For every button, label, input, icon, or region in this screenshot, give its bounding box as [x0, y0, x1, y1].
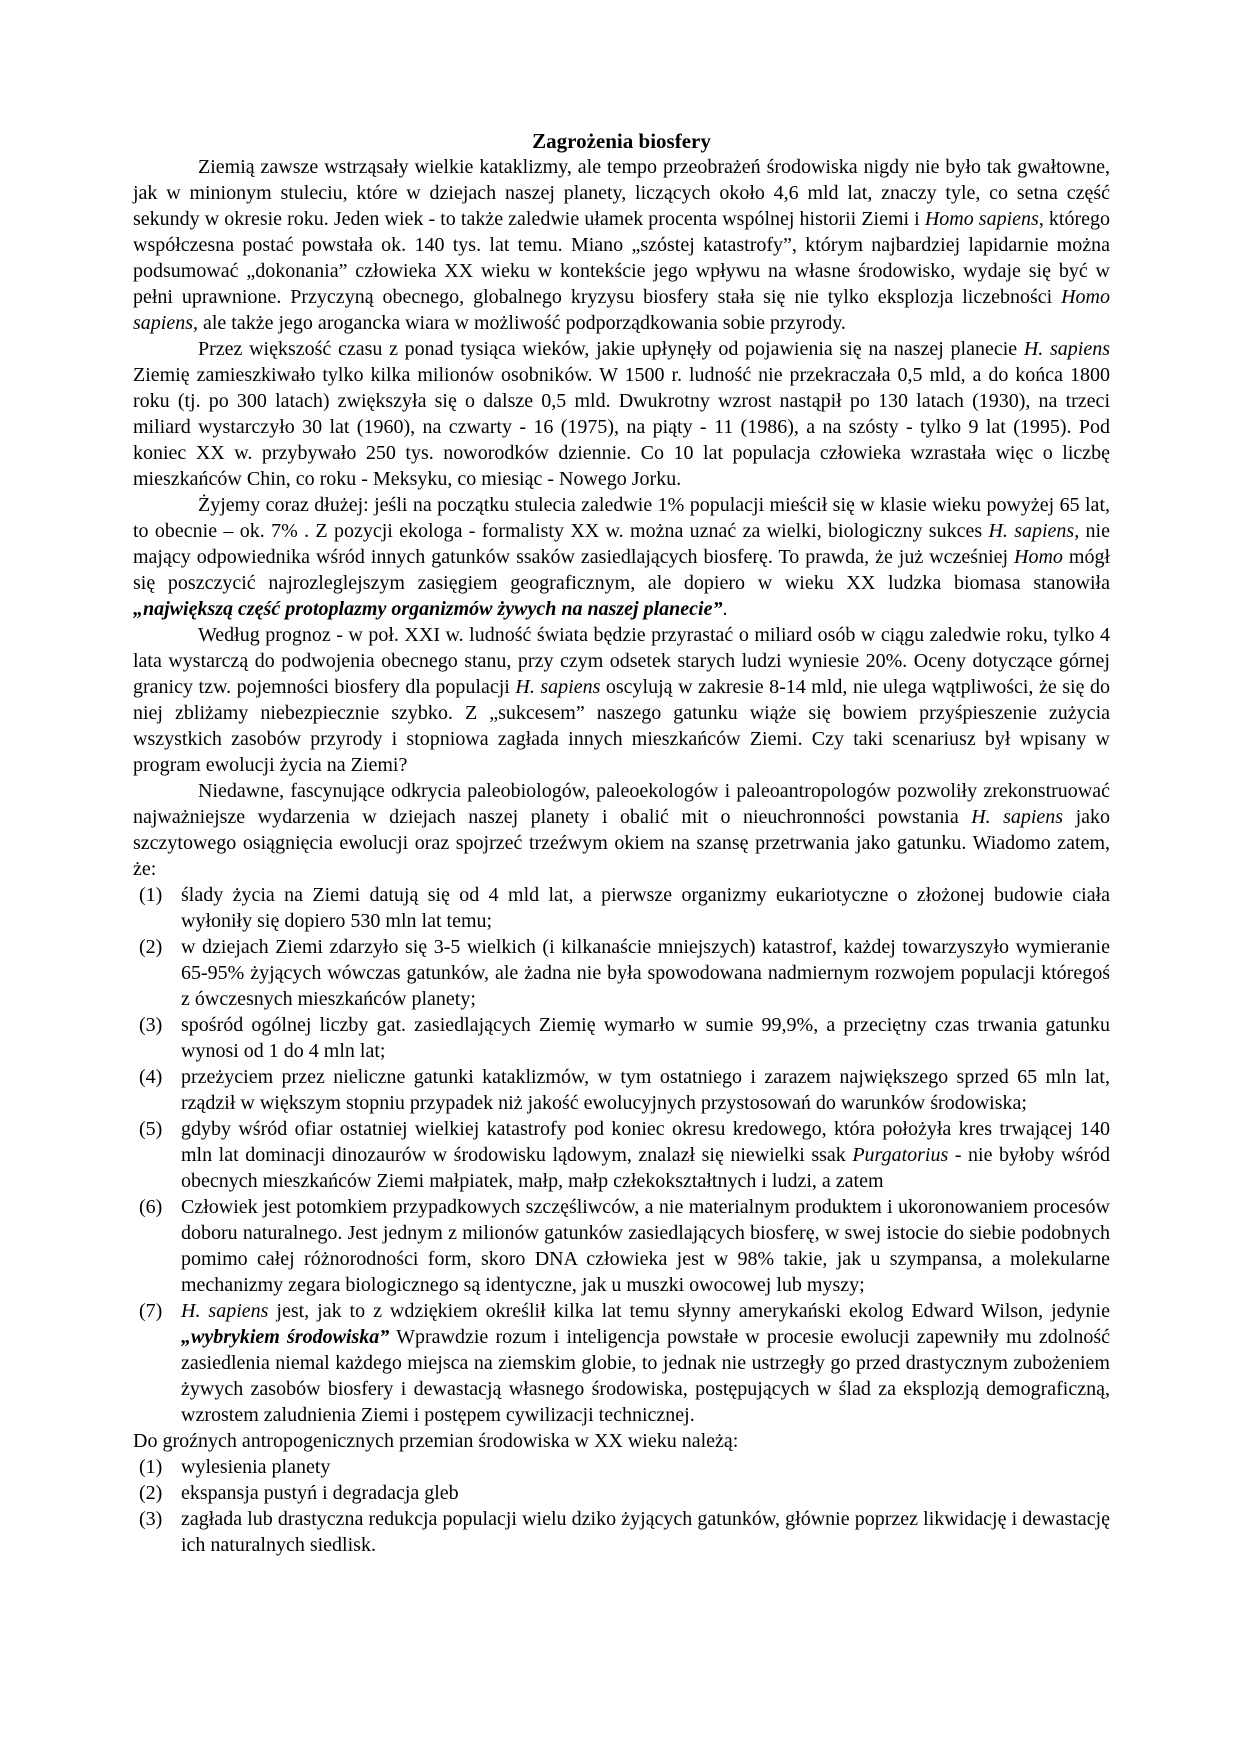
- list-item-marker: (3): [139, 1012, 162, 1038]
- list-item: (2)w dziejach Ziemi zdarzyło się 3-5 wie…: [133, 934, 1110, 1012]
- list-item: (6)Człowiek jest potomkiem przypadkowych…: [133, 1194, 1110, 1298]
- text-segment: Do groźnych antropogenicznych przemian ś…: [133, 1430, 738, 1452]
- list-item-marker: (2): [139, 1480, 162, 1506]
- text-segment: „największą część protoplazmy organizmów…: [133, 598, 722, 620]
- list-item: (1)wylesienia planety: [133, 1454, 1110, 1480]
- text-segment: H. sapiens,: [988, 520, 1079, 542]
- paragraph: Według prognoz - w poł. XXI w. ludność ś…: [133, 622, 1110, 778]
- list-item-marker: (2): [139, 934, 162, 960]
- list-item-marker: (7): [139, 1298, 162, 1324]
- paragraph: Przez większość czasu z ponad tysiąca wi…: [133, 336, 1110, 492]
- list-item: (7)H. sapiens jest, jak to z wdziękiem o…: [133, 1298, 1110, 1428]
- text-segment: Przez większość czasu z ponad tysiąca wi…: [198, 338, 1024, 360]
- list-item-marker: (3): [139, 1506, 162, 1532]
- text-segment: H. sapiens: [971, 806, 1063, 828]
- text-segment: jest, jak to z wdziękiem określił kilka …: [268, 1300, 1110, 1322]
- list-item-marker: (1): [139, 1454, 162, 1480]
- text-segment: Homo sapiens: [925, 208, 1039, 230]
- text-segment: Niedawne, fascynujące odkrycia paleobiol…: [133, 780, 1110, 828]
- paragraph: Ziemią zawsze wstrząsały wielkie katakli…: [133, 154, 1110, 336]
- document-page: Zagrożenia biosfery Ziemią zawsze wstrzą…: [0, 0, 1240, 1754]
- list-item-marker: (6): [139, 1194, 162, 1220]
- text-segment: ślady życia na Ziemi datują się od 4 mld…: [181, 884, 1110, 932]
- text-segment: spośród ogólnej liczby gat. zasiedlający…: [181, 1014, 1110, 1062]
- text-segment: H. sapiens: [1024, 338, 1110, 360]
- text-segment: H. sapiens: [515, 676, 600, 698]
- text-segment: Purgatorius: [852, 1144, 948, 1166]
- document-body: Ziemią zawsze wstrząsały wielkie katakli…: [133, 154, 1110, 1558]
- list-item: (4)przeżyciem przez nieliczne gatunki ka…: [133, 1064, 1110, 1116]
- list-item: (3)zagłada lub drastyczna redukcja popul…: [133, 1506, 1110, 1558]
- text-segment: przeżyciem przez nieliczne gatunki katak…: [181, 1066, 1110, 1114]
- list-item: (1)ślady życia na Ziemi datują się od 4 …: [133, 882, 1110, 934]
- text-segment: Ziemię zamieszkiwało tylko kilka milionó…: [133, 364, 1110, 490]
- text-segment: Człowiek jest potomkiem przypadkowych sz…: [181, 1196, 1110, 1296]
- text-segment: .: [722, 598, 727, 620]
- paragraph: Do groźnych antropogenicznych przemian ś…: [133, 1428, 1110, 1454]
- list-item: (3)spośród ogólnej liczby gat. zasiedlaj…: [133, 1012, 1110, 1064]
- paragraph: Niedawne, fascynujące odkrycia paleobiol…: [133, 778, 1110, 882]
- list-item: (2)ekspansja pustyń i degradacja gleb: [133, 1480, 1110, 1506]
- list-item-marker: (4): [139, 1064, 162, 1090]
- text-segment: zagłada lub drastyczna redukcja populacj…: [181, 1508, 1110, 1556]
- list-item-marker: (5): [139, 1116, 162, 1142]
- text-segment: Żyjemy coraz dłużej: jeśli na początku s…: [133, 494, 1110, 542]
- list-item: (5)gdyby wśród ofiar ostatniej wielkiej …: [133, 1116, 1110, 1194]
- paragraph: Żyjemy coraz dłużej: jeśli na początku s…: [133, 492, 1110, 622]
- document-title: Zagrożenia biosfery: [133, 128, 1110, 154]
- list-item-marker: (1): [139, 882, 162, 908]
- text-segment: H. sapiens: [181, 1300, 268, 1322]
- text-segment: Homo: [1014, 546, 1063, 568]
- text-segment: wylesienia planety: [181, 1456, 330, 1478]
- text-segment: w dziejach Ziemi zdarzyło się 3-5 wielki…: [181, 936, 1110, 1010]
- text-segment: ekspansja pustyń i degradacja gleb: [181, 1482, 459, 1504]
- text-segment: „wybrykiem środowiska”: [181, 1326, 389, 1348]
- text-segment: ale także jego arogancka wiara w możliwo…: [198, 312, 846, 334]
